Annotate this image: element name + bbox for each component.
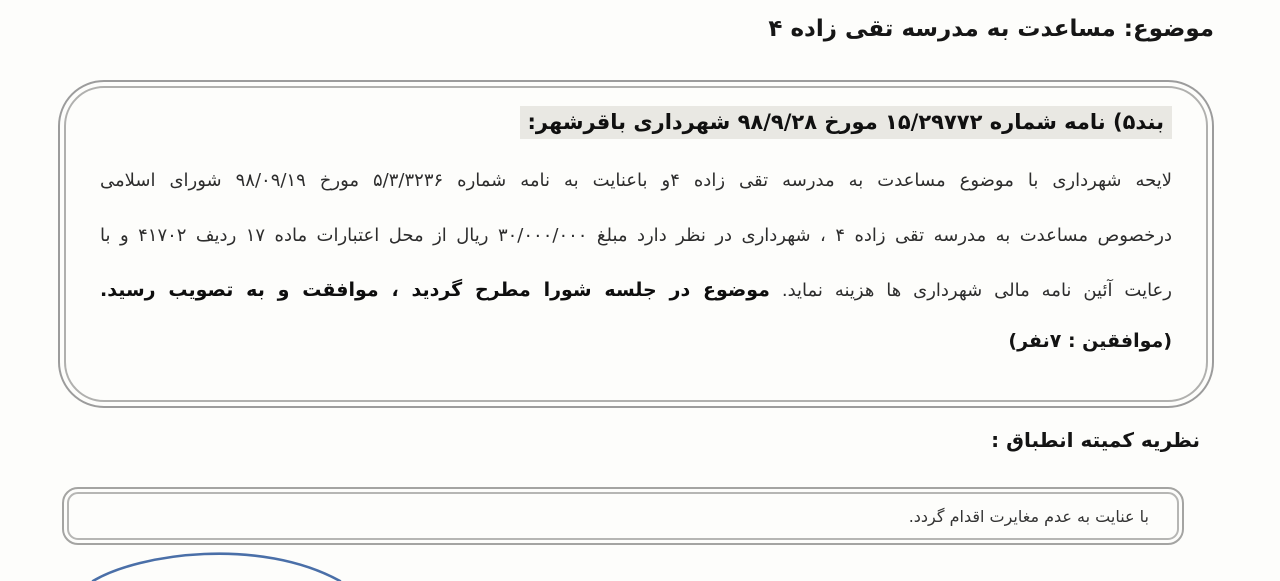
body-line-3-text: رعایت آئین نامه مالی شهرداری ها هزینه نم… — [770, 280, 1172, 301]
compliance-opinion-box: با عنایت به عدم مغایرت اقدام گردد. — [62, 487, 1184, 545]
body-line-3: رعایت آئین نامه مالی شهرداری ها هزینه نم… — [100, 263, 1172, 318]
resolution-header-text: بند۵) نامه شماره ۱۵/۲۹۷۷۲ مورخ ۹۸/۹/۲۸ ش… — [520, 106, 1173, 139]
compliance-opinion-box-inner: با عنایت به عدم مغایرت اقدام گردد. — [67, 492, 1179, 540]
compliance-committee-label: نظریه کمیته انطباق : — [991, 428, 1200, 452]
compliance-opinion-text: با عنایت به عدم مغایرت اقدام گردد. — [909, 507, 1149, 526]
body-line-2-text: درخصوص مساعدت به مدرسه تقی زاده ۴ ، شهرد… — [100, 225, 1172, 246]
scanned-document-page: موضوع: مساعدت به مدرسه تقی زاده ۴ بند۵) … — [0, 0, 1280, 581]
signature-scribble — [85, 549, 350, 581]
resolution-box-inner: بند۵) نامه شماره ۱۵/۲۹۷۷۲ مورخ ۹۸/۹/۲۸ ش… — [64, 86, 1208, 402]
subject-title: موضوع: مساعدت به مدرسه تقی زاده ۴ — [768, 16, 1214, 42]
body-line-1-text: لایحه شهرداری با موضوع مساعدت به مدرسه ت… — [100, 170, 1172, 191]
body-line-1: لایحه شهرداری با موضوع مساعدت به مدرسه ت… — [100, 153, 1172, 208]
resolution-box: بند۵) نامه شماره ۱۵/۲۹۷۷۲ مورخ ۹۸/۹/۲۸ ش… — [58, 80, 1214, 408]
signature-stroke — [93, 554, 340, 581]
resolution-body: لایحه شهرداری با موضوع مساعدت به مدرسه ت… — [100, 153, 1172, 318]
body-line-3-bold: موضوع در جلسه شورا مطرح گردید ، موافقت و… — [100, 279, 770, 301]
approvers-count: (موافقین : ۷نفر) — [100, 330, 1172, 352]
resolution-header: بند۵) نامه شماره ۱۵/۲۹۷۷۲ مورخ ۹۸/۹/۲۸ ش… — [100, 106, 1172, 139]
body-line-2: درخصوص مساعدت به مدرسه تقی زاده ۴ ، شهرد… — [100, 208, 1172, 263]
